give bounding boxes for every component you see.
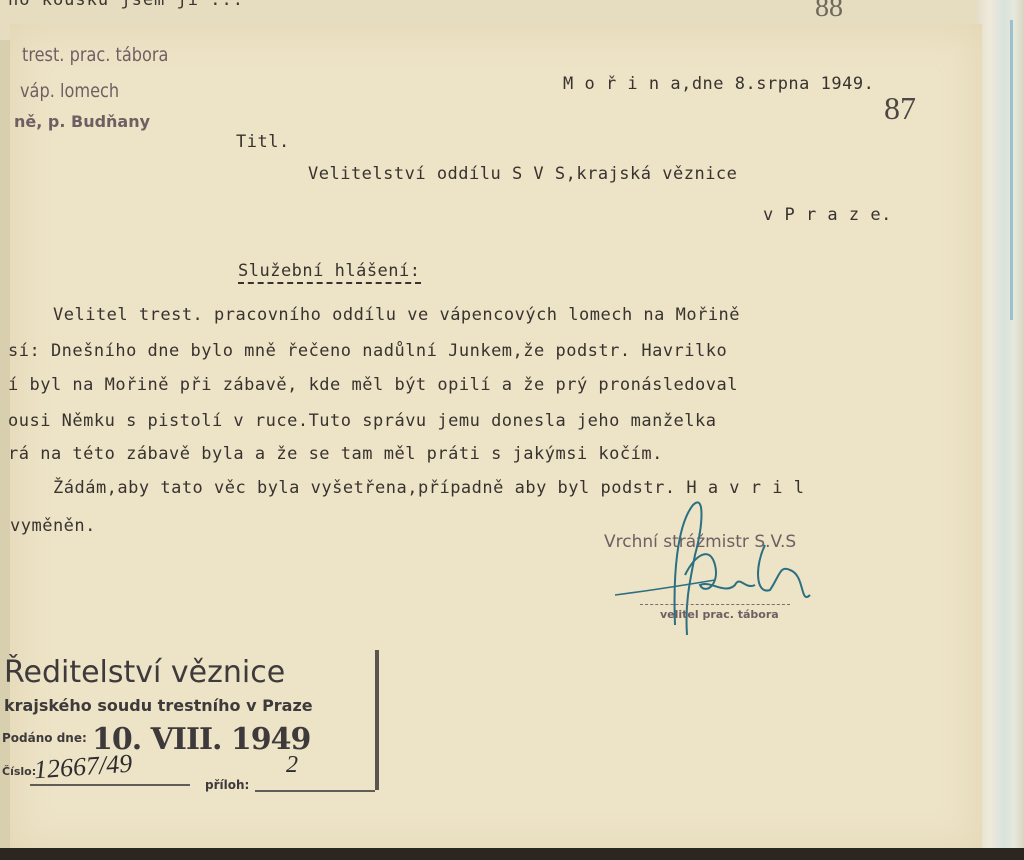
subject-text: Služební hlášení:: [238, 261, 421, 284]
handwritten-signature: [615, 485, 835, 645]
stamp-border: [375, 650, 379, 790]
underlying-page-text: no kousku jsem ji ...: [8, 0, 244, 10]
letterhead-line-3: ně, p. Budňany: [14, 112, 150, 131]
signature-line: [640, 604, 790, 605]
scan-bottom-edge: [0, 848, 1024, 860]
body-line-4: ousi Němku s pistolí v ruce.Tuto správu …: [8, 411, 717, 431]
signature-subtitle: velitel prac. tábora: [660, 608, 779, 621]
salutation: Titl.: [236, 132, 290, 152]
underlying-page-number: 88: [815, 0, 843, 24]
subject-heading: Služební hlášení:: [238, 261, 421, 281]
stamp-underline-attachments: [255, 790, 375, 792]
folder-edge: [1010, 20, 1013, 320]
receipt-stamp-title: Ředitelství věznice: [4, 655, 285, 690]
body-line-5: rá na této zábavě byla a že se tam měl p…: [8, 444, 663, 464]
page-stack-edge: [975, 0, 1024, 860]
place-date: M o ř i n a,dne 8.srpna 1949.: [563, 74, 874, 94]
stamp-underline-number: [30, 784, 190, 786]
attachments-label: příloh:: [205, 778, 249, 792]
letterhead-line-1: trest. prac. tábora: [22, 44, 168, 66]
received-label: Podáno dne:: [2, 731, 87, 745]
body-line-7: vyměněn.: [10, 516, 96, 536]
addressee-line-2: v P r a z e.: [763, 205, 892, 225]
body-line-3: í byl na Mořině při zábavě, kde měl být …: [8, 375, 738, 395]
attachments-value: 2: [286, 752, 298, 779]
body-line-1: Velitel trest. pracovního oddílu ve vápe…: [53, 305, 740, 325]
page-number: 87: [884, 90, 916, 127]
letterhead-line-2: váp. lomech: [20, 80, 119, 102]
number-label: Číslo:: [2, 765, 36, 778]
addressee-line-1: Velitelství oddílu S V S,krajská věznice: [308, 164, 737, 184]
body-line-2: sí: Dnešního dne bylo mně řečeno nadůlní…: [8, 341, 727, 361]
receipt-stamp-subtitle: krajského soudu trestního v Praze: [4, 696, 313, 715]
